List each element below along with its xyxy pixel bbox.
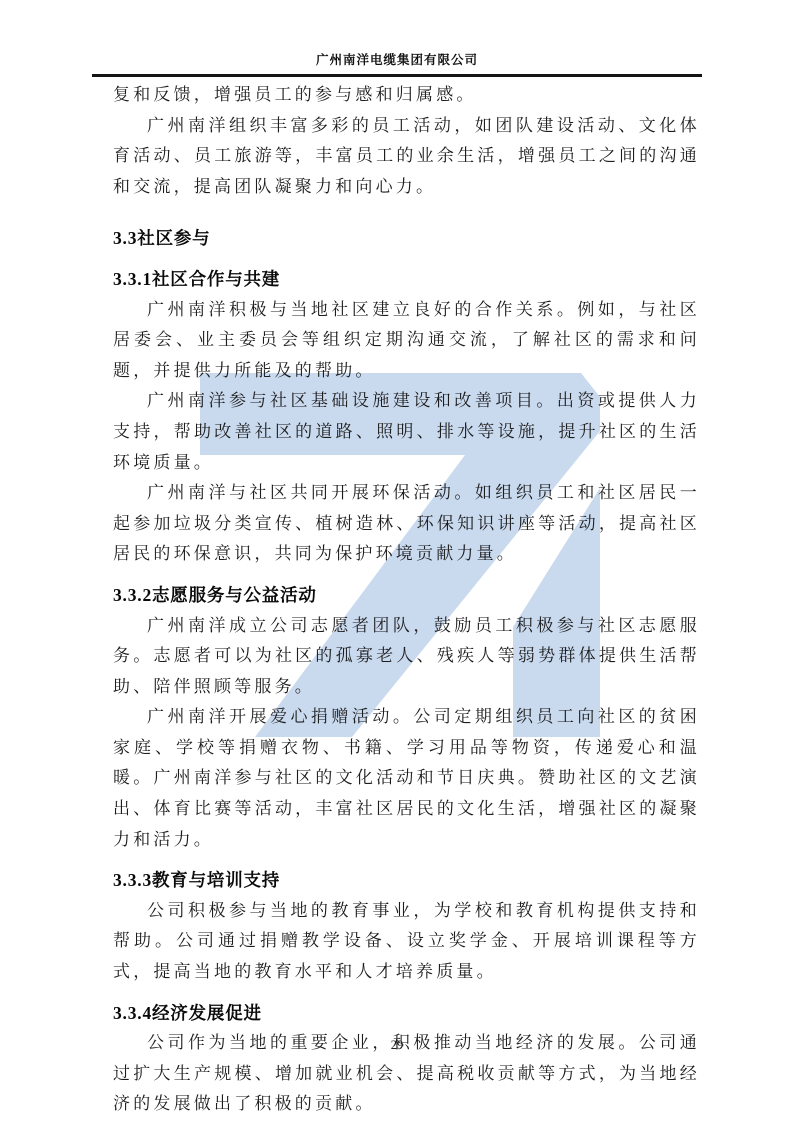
company-name: 广州南洋电缆集团有限公司 xyxy=(316,53,478,67)
paragraph-continuation: 复和反馈，增强员工的参与感和归属感。 xyxy=(113,80,700,111)
section-heading-3-3-1: 3.3.1社区合作与共建 xyxy=(113,264,700,295)
page-header: 广州南洋电缆集团有限公司 xyxy=(92,50,702,77)
paragraph: 广州南洋组织丰富多彩的员工活动，如团队建设活动、文化体育活动、员工旅游等，丰富员… xyxy=(113,111,700,203)
paragraph: 广州南洋与社区共同开展环保活动。如组织员工和社区居民一起参加垃圾分类宣传、植树造… xyxy=(113,478,700,570)
paragraph: 广州南洋参与社区基础设施建设和改善项目。出资或提供人力支持，帮助改善社区的道路、… xyxy=(113,386,700,478)
section-heading-3-3-2: 3.3.2志愿服务与公益活动 xyxy=(113,580,700,611)
section-heading-3-3: 3.3社区参与 xyxy=(113,223,700,254)
document-body: 复和反馈，增强员工的参与感和归属感。 广州南洋组织丰富多彩的员工活动，如团队建设… xyxy=(113,80,700,1120)
paragraph: 广州南洋成立公司志愿者团队，鼓励员工积极参与社区志愿服务。志愿者可以为社区的孤寡… xyxy=(113,611,700,703)
document-page: 广州南洋电缆集团有限公司 复和反馈，增强员工的参与感和归属感。 广州南洋组织丰富… xyxy=(0,0,794,1123)
section-heading-3-3-4: 3.3.4经济发展促进 xyxy=(113,998,700,1029)
paragraph: 广州南洋开展爱心捐赠活动。公司定期组织员工向社区的贫困家庭、学校等捐赠衣物、书籍… xyxy=(113,702,700,855)
section-heading-3-3-3: 3.3.3教育与培训支持 xyxy=(113,865,700,896)
page-number: 29 xyxy=(0,1038,794,1053)
paragraph: 广州南洋积极与当地社区建立良好的合作关系。例如，与社区居委会、业主委员会等组织定… xyxy=(113,295,700,387)
paragraph: 公司积极参与当地的教育事业，为学校和教育机构提供支持和帮助。公司通过捐赠教学设备… xyxy=(113,896,700,988)
